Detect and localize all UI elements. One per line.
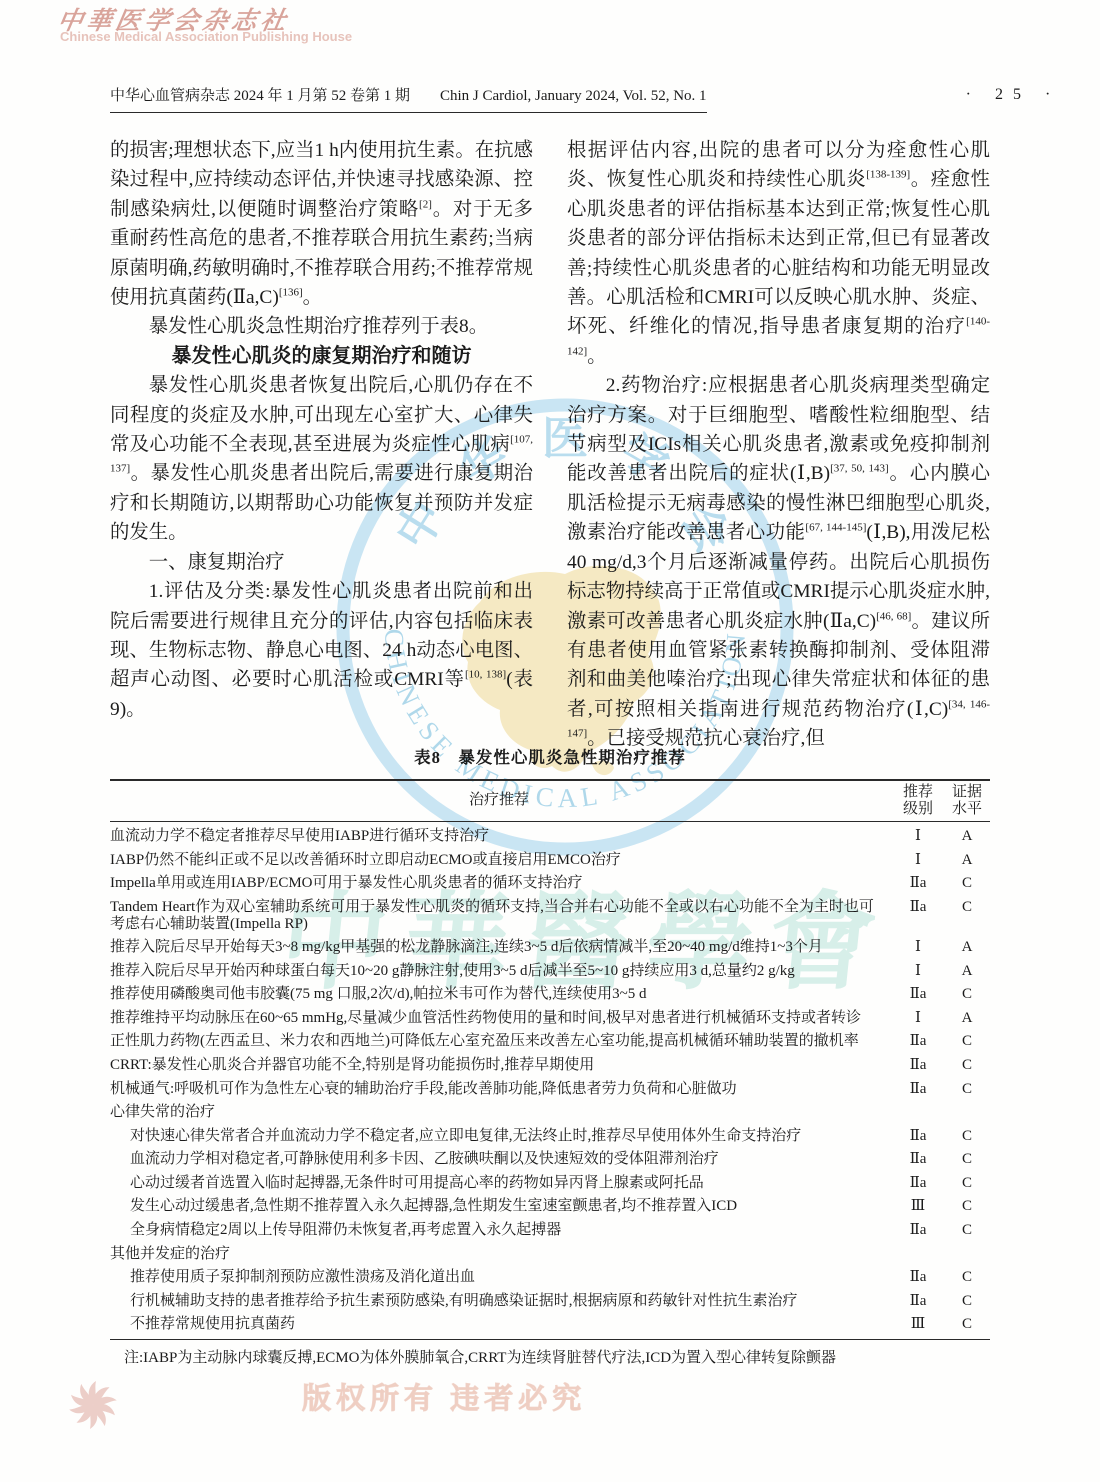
- evidence-cell: C: [944, 1293, 990, 1310]
- evidence-cell: A: [944, 939, 990, 956]
- grade-cell: Ⅱa: [892, 1081, 944, 1098]
- grade-cell: Ⅰ: [892, 963, 944, 980]
- table-row: 推荐入院后尽早开始丙种球蛋白每天10~20 g静脉注射,使用3~5 d后减半至5…: [110, 959, 990, 983]
- table-row: Impella单用或连用IABP/ECMO可用于暴发性心肌炎患者的循环支持治疗 …: [110, 872, 990, 896]
- subsection-title: 一、康复期治疗: [110, 548, 533, 577]
- column-header-grade: 推荐 级别: [892, 784, 944, 818]
- grade-cell: Ⅱa: [892, 1222, 944, 1239]
- page-number: · 25 ·: [928, 86, 1098, 104]
- table-row: 血流动力学相对稳定者,可静脉使用利多卡因、乙胺碘呋酮以及快速短效的受体阻滞剂治疗…: [110, 1148, 990, 1172]
- column-header-evidence-line1: 证据: [944, 784, 990, 801]
- evidence-cell: A: [944, 852, 990, 869]
- paragraph: 1.评估及分类:暴发性心肌炎患者出院前和出院后需要进行规律且充分的评估,内容包括…: [110, 577, 533, 724]
- evidence-cell: C: [944, 986, 990, 1003]
- column-header-grade-line2: 级别: [892, 801, 944, 818]
- table-row: CRRT:暴发性心肌炎合并器官功能不全,特别是肾功能损伤时,推荐早期使用 Ⅱa …: [110, 1054, 990, 1078]
- evidence-cell: C: [944, 1081, 990, 1098]
- journal-page: 中 华 医 学 会 CHINESE MEDICAL ASSOCIATION 中華…: [0, 0, 1100, 1482]
- paragraph: 2.药物治疗:应根据患者心肌炎病理类型确定治疗方案。对于巨细胞型、嗜酸性粒细胞型…: [567, 371, 990, 753]
- section-heading: 暴发性心肌炎的康复期治疗和随访: [110, 342, 533, 371]
- left-column: 的损害;理想状态下,应当1 h内使用抗生素。在抗感染过程中,应持续动态评估,并快…: [110, 136, 533, 724]
- page-header: 中华心血管病杂志 2024 年 1 月第 52 卷第 1 期 Chin J Ca…: [110, 84, 990, 113]
- table8: 表8 暴发性心肌炎急性期治疗推荐 治疗推荐 推荐 级别 证据 水平 血流动力学不…: [110, 744, 990, 1368]
- table-row: 其他并发症的治疗: [110, 1242, 990, 1266]
- grade-cell: Ⅱa: [892, 875, 944, 892]
- table-body: 血流动力学不稳定者推荐尽早使用IABP进行循环支持治疗 Ⅰ A IABP仍然不能…: [110, 822, 990, 1340]
- table-row: 全身病情稳定2周以上传导阻滞仍未恢复者,再考虑置入永久起搏器 Ⅱa C: [110, 1219, 990, 1243]
- column-header-evidence-line2: 水平: [944, 801, 990, 818]
- grade-cell: Ⅱa: [892, 1128, 944, 1145]
- recommendation-cell: 发生心动过缓患者,急性期不推荐置入永久起搏器,急性期发生室速室颤患者,均不推荐置…: [110, 1198, 892, 1215]
- recommendation-cell: 不推荐常规使用抗真菌药: [110, 1316, 892, 1333]
- evidence-cell: A: [944, 828, 990, 845]
- table-header: 治疗推荐 推荐 级别 证据 水平: [110, 779, 990, 822]
- table-row: 推荐入院后尽早开始每天3~8 mg/kg甲基强的松龙静脉滴注,连续3~5 d后依…: [110, 936, 990, 960]
- paragraph: 暴发性心肌炎患者恢复出院后,心肌仍存在不同程度的炎症及水肿,可出现左心室扩大、心…: [110, 371, 533, 547]
- grade-cell: Ⅱa: [892, 1057, 944, 1074]
- table-row: 对快速心律失常者合并血流动力学不稳定者,应立即电复律,无法终止时,推荐尽早使用体…: [110, 1124, 990, 1148]
- evidence-cell: C: [944, 1222, 990, 1239]
- recommendation-cell: CRRT:暴发性心肌炎合并器官功能不全,特别是肾功能损伤时,推荐早期使用: [110, 1057, 892, 1074]
- recommendation-cell: 推荐使用质子泵抑制剂预防应激性溃疡及消化道出血: [110, 1269, 892, 1286]
- evidence-cell: C: [944, 1175, 990, 1192]
- table-row: IABP仍然不能纠正或不足以改善循环时立即启动ECMO或直接启用EMCO治疗 Ⅰ…: [110, 848, 990, 872]
- grade-cell: Ⅰ: [892, 939, 944, 956]
- recommendation-cell: 机械通气:呼吸机可作为急性左心衰的辅助治疗手段,能改善肺功能,降低患者劳力负荷和…: [110, 1081, 892, 1098]
- grade-cell: Ⅱa: [892, 986, 944, 1003]
- column-header-evidence: 证据 水平: [944, 784, 990, 818]
- grade-cell: Ⅲ: [892, 1198, 944, 1215]
- column-header-recommendation: 治疗推荐: [110, 792, 892, 809]
- table-row: 行机械辅助支持的患者推荐给予抗生素预防感染,有明确感染证据时,根据病原和药敏针对…: [110, 1289, 990, 1313]
- evidence-cell: A: [944, 963, 990, 980]
- grade-cell: Ⅱa: [892, 1151, 944, 1168]
- grade-cell: Ⅲ: [892, 1316, 944, 1333]
- publisher-name-en: Chinese Medical Association Publishing H…: [60, 29, 390, 44]
- table-note: 注:IABP为主动脉内球囊反搏,ECMO为体外膜肺氧合,CRRT为连续肾脏替代疗…: [110, 1349, 990, 1368]
- column-header-grade-line1: 推荐: [892, 784, 944, 801]
- evidence-cell: A: [944, 1010, 990, 1027]
- grade-cell: Ⅰ: [892, 1010, 944, 1027]
- table-row: 血流动力学不稳定者推荐尽早使用IABP进行循环支持治疗 Ⅰ A: [110, 825, 990, 849]
- evidence-cell: C: [944, 899, 990, 916]
- grade-cell: Ⅱa: [892, 899, 944, 916]
- recommendation-cell: IABP仍然不能纠正或不足以改善循环时立即启动ECMO或直接启用EMCO治疗: [110, 852, 892, 869]
- table-row: 正性肌力药物(左西孟旦、米力农和西地兰)可降低左心室充盈压来改善左心室功能,提高…: [110, 1030, 990, 1054]
- swirl-icon: [69, 1381, 117, 1429]
- recommendation-cell: Impella单用或连用IABP/ECMO可用于暴发性心肌炎患者的循环支持治疗: [110, 875, 892, 892]
- evidence-cell: C: [944, 1033, 990, 1050]
- table-row: 心动过缓者首选置入临时起搏器,无条件时可用提高心率的药物如异丙肾上腺素或阿托品 …: [110, 1171, 990, 1195]
- copyright-watermark: 版权所有 违者必究: [302, 1376, 586, 1417]
- recommendation-cell: 推荐使用磷酸奥司他韦胶囊(75 mg 口服,2次/d),帕拉米韦可作为替代,连续…: [110, 986, 892, 1003]
- paragraph: 根据评估内容,出院的患者可以分为痊愈性心肌炎、恢复性心肌炎和持续性心肌炎[138…: [567, 136, 990, 371]
- recommendation-cell: 心律失常的治疗: [110, 1104, 892, 1121]
- grade-cell: Ⅰ: [892, 828, 944, 845]
- table-row: 推荐使用质子泵抑制剂预防应激性溃疡及消化道出血 Ⅱa C: [110, 1266, 990, 1290]
- journal-title-line: 中华心血管病杂志 2024 年 1 月第 52 卷第 1 期 Chin J Ca…: [110, 84, 707, 113]
- grade-cell: Ⅱa: [892, 1175, 944, 1192]
- publisher-logo: [66, 1378, 120, 1432]
- grade-cell: Ⅱa: [892, 1269, 944, 1286]
- paragraph: 的损害;理想状态下,应当1 h内使用抗生素。在抗感染过程中,应持续动态评估,并快…: [110, 136, 533, 312]
- evidence-cell: C: [944, 875, 990, 892]
- recommendation-cell: 全身病情稳定2周以上传导阻滞仍未恢复者,再考虑置入永久起搏器: [110, 1222, 892, 1239]
- recommendation-cell: 其他并发症的治疗: [110, 1246, 892, 1263]
- table-row: 推荐使用磷酸奥司他韦胶囊(75 mg 口服,2次/d),帕拉米韦可作为替代,连续…: [110, 983, 990, 1007]
- table-row: 推荐维持平均动脉压在60~65 mmHg,尽量减少血管活性药物使用的量和时间,极…: [110, 1006, 990, 1030]
- evidence-cell: C: [944, 1128, 990, 1145]
- table-title: 表8 暴发性心肌炎急性期治疗推荐: [110, 744, 990, 768]
- evidence-cell: C: [944, 1269, 990, 1286]
- grade-cell: Ⅱa: [892, 1293, 944, 1310]
- grade-cell: Ⅰ: [892, 852, 944, 869]
- recommendation-cell: 推荐维持平均动脉压在60~65 mmHg,尽量减少血管活性药物使用的量和时间,极…: [110, 1010, 892, 1027]
- evidence-cell: C: [944, 1198, 990, 1215]
- right-column: 根据评估内容,出院的患者可以分为痊愈性心肌炎、恢复性心肌炎和持续性心肌炎[138…: [567, 136, 990, 754]
- recommendation-cell: 行机械辅助支持的患者推荐给予抗生素预防感染,有明确感染证据时,根据病原和药敏针对…: [110, 1293, 892, 1310]
- table-row: 不推荐常规使用抗真菌药 Ⅲ C: [110, 1313, 990, 1337]
- evidence-cell: C: [944, 1151, 990, 1168]
- grade-cell: Ⅱa: [892, 1033, 944, 1050]
- table-row: 发生心动过缓患者,急性期不推荐置入永久起搏器,急性期发生室速室颤患者,均不推荐置…: [110, 1195, 990, 1219]
- paragraph: 暴发性心肌炎急性期治疗推荐列于表8。: [110, 312, 533, 341]
- recommendation-cell: 正性肌力药物(左西孟旦、米力农和西地兰)可降低左心室充盈压来改善左心室功能,提高…: [110, 1033, 892, 1050]
- recommendation-cell: 血流动力学相对稳定者,可静脉使用利多卡因、乙胺碘呋酮以及快速短效的受体阻滞剂治疗: [110, 1151, 892, 1168]
- recommendation-cell: 对快速心律失常者合并血流动力学不稳定者,应立即电复律,无法终止时,推荐尽早使用体…: [110, 1128, 892, 1145]
- recommendation-cell: Tandem Heart作为双心室辅助系统可用于暴发性心肌炎的循环支持,当合并右…: [110, 899, 892, 933]
- recommendation-cell: 推荐入院后尽早开始每天3~8 mg/kg甲基强的松龙静脉滴注,连续3~5 d后依…: [110, 939, 892, 956]
- table-row: 心律失常的治疗: [110, 1101, 990, 1125]
- recommendation-cell: 心动过缓者首选置入临时起搏器,无条件时可用提高心率的药物如异丙肾上腺素或阿托品: [110, 1175, 892, 1192]
- recommendation-cell: 血流动力学不稳定者推荐尽早使用IABP进行循环支持治疗: [110, 828, 892, 845]
- evidence-cell: C: [944, 1057, 990, 1074]
- evidence-cell: C: [944, 1316, 990, 1333]
- table-row: Tandem Heart作为双心室辅助系统可用于暴发性心肌炎的循环支持,当合并右…: [110, 895, 990, 935]
- table-row: 机械通气:呼吸机可作为急性左心衰的辅助治疗手段,能改善肺功能,降低患者劳力负荷和…: [110, 1077, 990, 1101]
- recommendation-cell: 推荐入院后尽早开始丙种球蛋白每天10~20 g静脉注射,使用3~5 d后减半至5…: [110, 963, 892, 980]
